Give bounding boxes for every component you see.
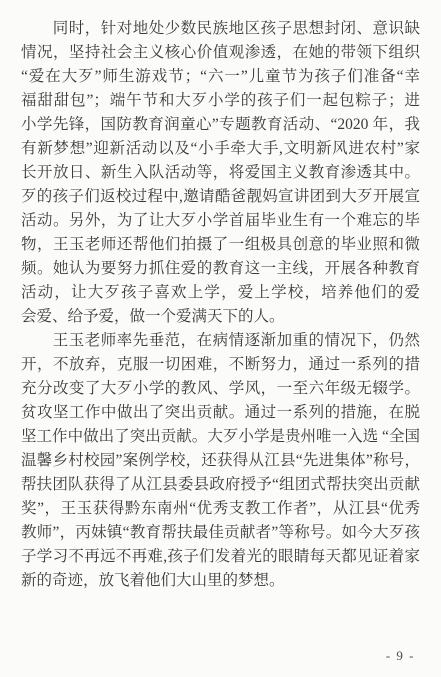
document-page: 同时，针对地处少数民族地区孩子思想封闭、意识缺失的情况，坚持社会主义核心价值观渗… — [0, 0, 441, 677]
text-line: 坚工作中做出了突出贡献。大歹小学是贵州唯一入选 “全国 — [21, 425, 420, 449]
text-line: 教师”，丙妹镇“教育帮扶最佳贡献者”等称号。如今大歹孩 — [21, 521, 420, 545]
text-line: 子学习不再远不再难,孩子们发着光的眼睛每天都见证着家乡 — [21, 545, 420, 569]
text-line: 开，不放弃，克服一切困难，不断努力，通过一系列的措施， — [21, 353, 420, 377]
text-line: 有新梦想”迎新活动以及“小手牵大手,文明新风进农村”家 — [21, 137, 420, 161]
text-line: 帮扶团队获得了从江县委县政府授予“组团式帮扶突出贡献 — [21, 473, 420, 497]
page-number: - 9 - — [386, 648, 415, 664]
text-line: 贫攻坚工作中做出了突出贡献。通过一系列的措施，在脱贫攻 — [21, 401, 420, 425]
text-line: 温馨乡村校园”案例学校，还获得从江县“先进集体”称号， — [21, 449, 420, 473]
text-line: “爱在大歹”师生游戏节；“六一”儿童节为孩子们准备“幸 — [21, 65, 420, 89]
text-line: 福甜甜包”；端午节和大歹小学的孩子们一起包粽子；进行“从 — [21, 89, 420, 113]
text-line: 充分改变了大歹小学的教风、学风，一至六年级无辍学。在脱 — [21, 377, 420, 401]
text-line: 小学先锋，国防教育润童心”专题教育活动、“2020 年，我 — [21, 113, 420, 137]
text-line: 会爱、给予爱，做一个爱满天下的人。 — [21, 305, 420, 329]
text-line: 活动，让大歹孩子喜欢上学，爱上学校，培养他们的爱心，学 — [21, 281, 420, 305]
text-line: 活动。另外，为了让大歹小学首届毕业生有一个难忘的毕业礼 — [21, 209, 420, 233]
text-line: 奖”，王玉获得黔东南州“优秀支教工作者”，从江县“优秀 — [21, 497, 420, 521]
text-line: 频。她认为要努力抓住爱的教育这一主线，开展各种教育教学 — [21, 257, 420, 281]
text-line: 情况，坚持社会主义核心价值观渗透，在她的带领下组织开展 — [21, 41, 420, 65]
text-line: 新的奇迹，放飞着他们大山里的梦想。 — [21, 569, 420, 593]
document-body: 同时，针对地处少数民族地区孩子思想封闭、意识缺失的情况，坚持社会主义核心价值观渗… — [21, 17, 420, 593]
text-line: 长开放日、新生入队活动等，将爱国主义教育渗透其中。在大 — [21, 161, 420, 185]
text-line: 歹的孩子们返校过程中,邀请酷爸靓妈宣讲团到大歹开展宣讲 — [21, 185, 420, 209]
text-line: 物，王玉老师还帮他们拍摄了一组极具创意的毕业照和微视 — [21, 233, 420, 257]
text-line: 同时，针对地处少数民族地区孩子思想封闭、意识缺失的 — [21, 17, 420, 41]
text-line: 王玉老师率先垂范，在病情逐渐加重的情况下，仍然不离 — [21, 329, 420, 353]
